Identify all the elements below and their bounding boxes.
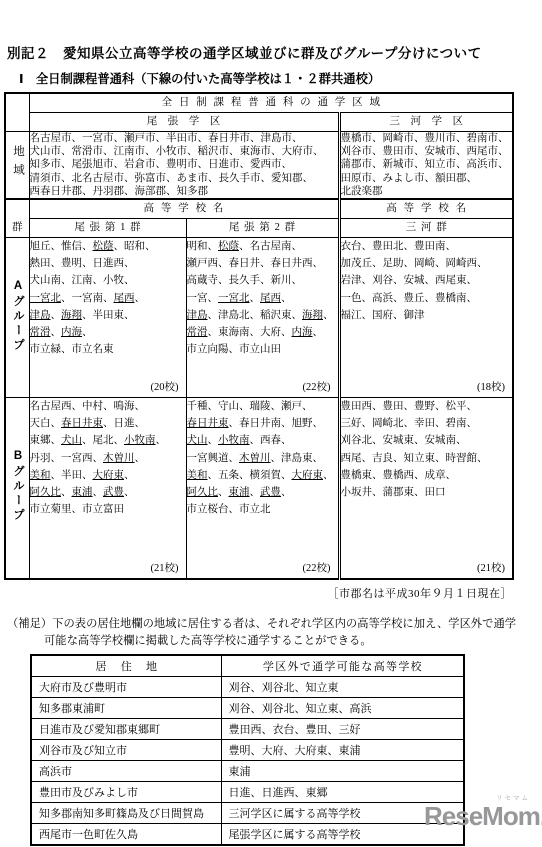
gun-header-mikawa: 三河群 [339,219,513,238]
region-row: 地域 名古屋市、一宮市、瀬戸市、半田市、春日井市、津島市、犬山市、常滑市、江南市… [5,132,513,200]
resemom-watermark: リセマム ReseMom. [424,795,539,830]
document-page: { "page": { "title": "別記２ 愛知県公立高等学校の通学区域… [0,0,542,847]
group-b-row: Bグループ 名古屋西、中村、鳴海、天白、春日井東、日進、東郷、犬山、尾北、小牧南… [5,398,513,580]
course-header-row: 全日制課程普通科の通学区域 [5,93,513,113]
residence-header: 居住地 [31,655,221,677]
gun-header-owari2: 尾張第2群 [186,219,339,238]
owari-region-cell: 名古屋市、一宮市、瀬戸市、半田市、春日井市、津島市、犬山市、常滑市、江南市、小牧… [29,132,339,200]
page-title: 別記２ 愛知県公立高等学校の通学区域並びに群及びグループ分けについて [7,42,482,62]
commute-exception-table: 居住地 学区外で通学可能な高等学校 大府市及び豊明市刈谷、刈谷北、知立東知多郡東… [30,654,465,846]
table-row: 知多郡南知多町篠島及び日間賀島三河学区に属する高等学校 [31,803,464,824]
course-header: 全日制課程普通科の通学区域 [29,93,513,113]
school-count: (21校) [477,563,505,575]
mikawa-region-cell: 豊橋市、岡崎市、豊川市、碧南市、刈谷市、豊田市、安城市、西尾市、蒲郡市、新城市、… [339,132,513,200]
table-row: 豊田市及びみよし市日進、日進西、東郷 [31,782,464,803]
corner-cell [5,93,29,132]
school-count: (21校) [151,563,179,575]
district-header-row: 尾張学区 三河学区 [5,113,513,132]
watermark-logo: ReseMom. [424,802,539,830]
school-count: (22校) [303,563,331,575]
residence-cell: 豊田市及びみよし市 [31,782,221,803]
gun-header-owari1: 尾張第1群 [29,219,186,238]
group-a-owari2-cell: 明和、松蔭、名古屋南、瀬戸西、春日井、春日井西、高蔵寺、長久手、新川、一宮、一宮… [186,238,339,398]
residence-cell: 大府市及び豊明市 [31,677,221,698]
table-row: 日進市及び愛知郡東郷町豊田西、衣台、豊田、三好 [31,719,464,740]
gun-label: 群 [5,199,29,238]
group-b-owari1-cell: 名古屋西、中村、鳴海、天白、春日井東、日進、東郷、犬山、尾北、小牧南、丹羽、一宮… [29,398,186,580]
residence-cell: 高浜市 [31,761,221,782]
school-count: (22校) [303,382,331,394]
supp-header-row: 居住地 学区外で通学可能な高等学校 [31,655,464,677]
group-a-mikawa-cell: 衣台、豊田北、豊田南、加茂丘、足助、岡崎、岡崎西、岩津、刈谷、安城、西尾東、一色… [339,238,513,398]
school-count: (20校) [151,382,179,394]
table-row: 西尾市一色町佐久島尾張学区に属する高等学校 [31,824,464,846]
schools-cell: 東浦 [221,761,464,782]
region-row-label: 地域 [5,132,29,200]
group-b-owari2-cell: 千種、守山、瑞陵、瀬戸、春日井東、春日井南、旭野、犬山、小牧南、西春、一宮興道、… [186,398,339,580]
schools-cell: 豊明、大府、大府東、東浦 [221,740,464,761]
schools-header: 学区外で通学可能な高等学校 [221,655,464,677]
gun-header-row: 尾張第1群 尾張第2群 三河群 [5,219,513,238]
date-footnote: ［市郡名は平成30年９月１日現在］ [4,585,512,601]
schools-cell: 刈谷、刈谷北、知立東 [221,677,464,698]
supplement-line-1: （補足）下の表の居住地欄の地域に居住する者は、それぞれ学区内の高等学校に加え、学… [7,616,516,633]
residence-cell: 刈谷市及び知立市 [31,740,221,761]
district-mikawa-header: 三河学区 [339,113,513,132]
table-row: 刈谷市及び知立市豊明、大府、大府東、東浦 [31,740,464,761]
residence-cell: 知多郡南知多町篠島及び日間賀島 [31,803,221,824]
main-table: 全日制課程普通科の通学区域 尾張学区 三河学区 地域 名古屋市、一宮市、瀬戸市、… [4,92,514,580]
supplement-line-2: 可能な高等学校欄に掲載した高等学校に通学することができる。 [44,633,516,650]
schools-cell: 刈谷、刈谷北、知立東、高浜 [221,698,464,719]
school-name-header-owari: 高等学校名 [29,199,339,219]
supp-table-body: 大府市及び豊明市刈谷、刈谷北、知立東知多郡東浦町刈谷、刈谷北、知立東、高浜日進市… [31,677,464,846]
residence-cell: 日進市及び愛知郡東郷町 [31,719,221,740]
table-row: 知多郡東浦町刈谷、刈谷北、知立東、高浜 [31,698,464,719]
group-a-label: Aグループ [5,238,29,398]
group-b-label: Bグループ [5,398,29,580]
section-heading: Ⅰ 全日制課程普通科（下線の付いた高等学校は１・２群共通校） [19,69,380,87]
group-b-mikawa-cell: 豊田西、豊田、豊野、松平、三好、岡崎北、幸田、碧南、刈谷北、安城東、安城南、西尾… [339,398,513,580]
schools-cell: 豊田西、衣台、豊田、三好 [221,719,464,740]
residence-cell: 西尾市一色町佐久島 [31,824,221,846]
school-name-header-row: 群 高等学校名 高等学校名 [5,199,513,219]
table-row: 大府市及び豊明市刈谷、刈谷北、知立東 [31,677,464,698]
school-count: (18校) [477,382,505,394]
residence-cell: 知多郡東浦町 [31,698,221,719]
group-a-owari1-cell: 旭丘、惟信、松蔭、昭和、熱田、豊明、日進西、犬山南、江南、小牧、一宮北、一宮南、… [29,238,186,398]
table-row: 高浜市東浦 [31,761,464,782]
group-a-row: Aグループ 旭丘、惟信、松蔭、昭和、熱田、豊明、日進西、犬山南、江南、小牧、一宮… [5,238,513,398]
supplement-note: （補足）下の表の居住地欄の地域に居住する者は、それぞれ学区内の高等学校に加え、学… [7,616,516,649]
school-name-header-mikawa: 高等学校名 [339,199,513,219]
district-owari-header: 尾張学区 [29,113,339,132]
